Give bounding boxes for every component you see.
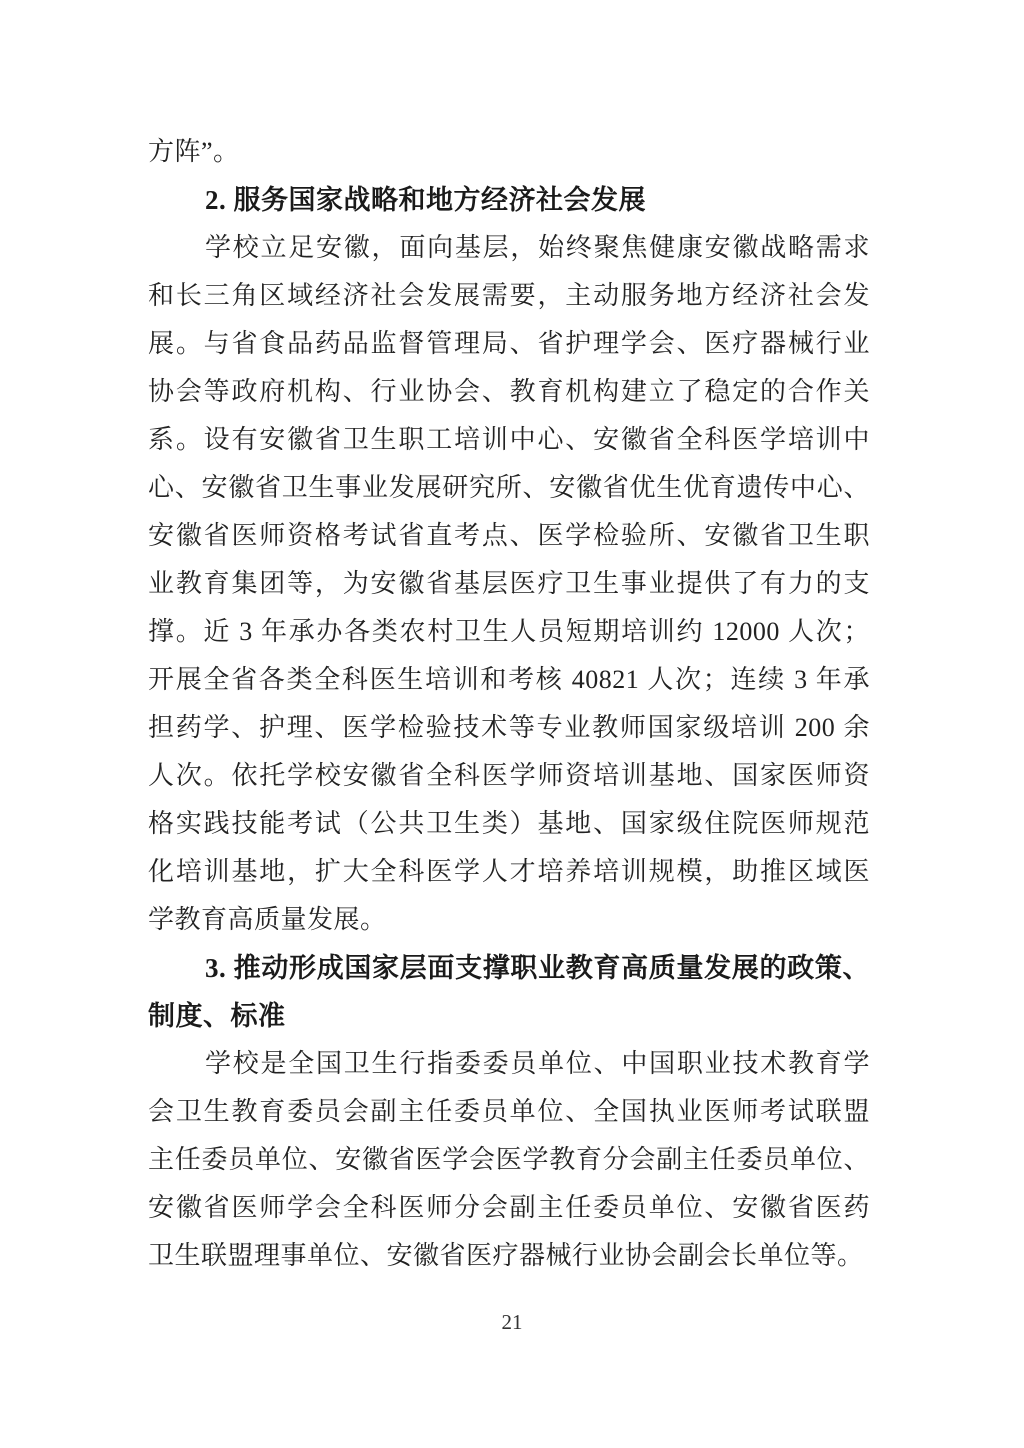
body-text-line: 学校立足安徽，面向基层，始终聚焦健康安徽战略需求 [148, 224, 870, 272]
body-text-line: 心、安徽省卫生事业发展研究所、安徽省优生优育遗传中心、 [148, 464, 870, 512]
section-heading-line: 3. 推动形成国家层面支撑职业教育高质量发展的政策、 [148, 944, 870, 992]
text-content: 方阵”。2. 服务国家战略和地方经济社会发展学校立足安徽，面向基层，始终聚焦健康… [148, 128, 870, 1280]
body-text-line: 人次。依托学校安徽省全科医学师资培训基地、国家医师资 [148, 752, 870, 800]
body-text-line: 学校是全国卫生行指委委员单位、中国职业技术教育学 [148, 1040, 870, 1088]
body-text-line: 学教育高质量发展。 [148, 896, 870, 944]
body-text-line: 开展全省各类全科医生培训和考核 40821 人次；连续 3 年承 [148, 656, 870, 704]
body-text-line: 安徽省医师学会全科医师分会副主任委员单位、安徽省医药 [148, 1184, 870, 1232]
body-text-line: 主任委员单位、安徽省医学会医学教育分会副主任委员单位、 [148, 1136, 870, 1184]
body-text-line: 化培训基地，扩大全科医学人才培养培训规模，助推区域医 [148, 848, 870, 896]
body-text-line: 卫生联盟理事单位、安徽省医疗器械行业协会副会长单位等。 [148, 1232, 870, 1280]
body-text-line: 方阵”。 [148, 128, 870, 176]
body-text-line: 系。设有安徽省卫生职工培训中心、安徽省全科医学培训中 [148, 416, 870, 464]
section-heading-line: 制度、标准 [148, 992, 870, 1040]
section-heading-line: 2. 服务国家战略和地方经济社会发展 [148, 176, 870, 224]
body-text-line: 撑。近 3 年承办各类农村卫生人员短期培训约 12000 人次； [148, 608, 870, 656]
page-number: 21 [0, 1310, 1024, 1335]
body-text-line: 业教育集团等，为安徽省基层医疗卫生事业提供了有力的支 [148, 560, 870, 608]
body-text-line: 安徽省医师资格考试省直考点、医学检验所、安徽省卫生职 [148, 512, 870, 560]
document-page: 方阵”。2. 服务国家战略和地方经济社会发展学校立足安徽，面向基层，始终聚焦健康… [0, 0, 1024, 1448]
body-text-line: 和长三角区域经济社会发展需要，主动服务地方经济社会发 [148, 272, 870, 320]
body-text-line: 格实践技能考试（公共卫生类）基地、国家级住院医师规范 [148, 800, 870, 848]
body-text-line: 协会等政府机构、行业协会、教育机构建立了稳定的合作关 [148, 368, 870, 416]
body-text-line: 会卫生教育委员会副主任委员单位、全国执业医师考试联盟 [148, 1088, 870, 1136]
body-text-line: 展。与省食品药品监督管理局、省护理学会、医疗器械行业 [148, 320, 870, 368]
body-text-line: 担药学、护理、医学检验技术等专业教师国家级培训 200 余 [148, 704, 870, 752]
